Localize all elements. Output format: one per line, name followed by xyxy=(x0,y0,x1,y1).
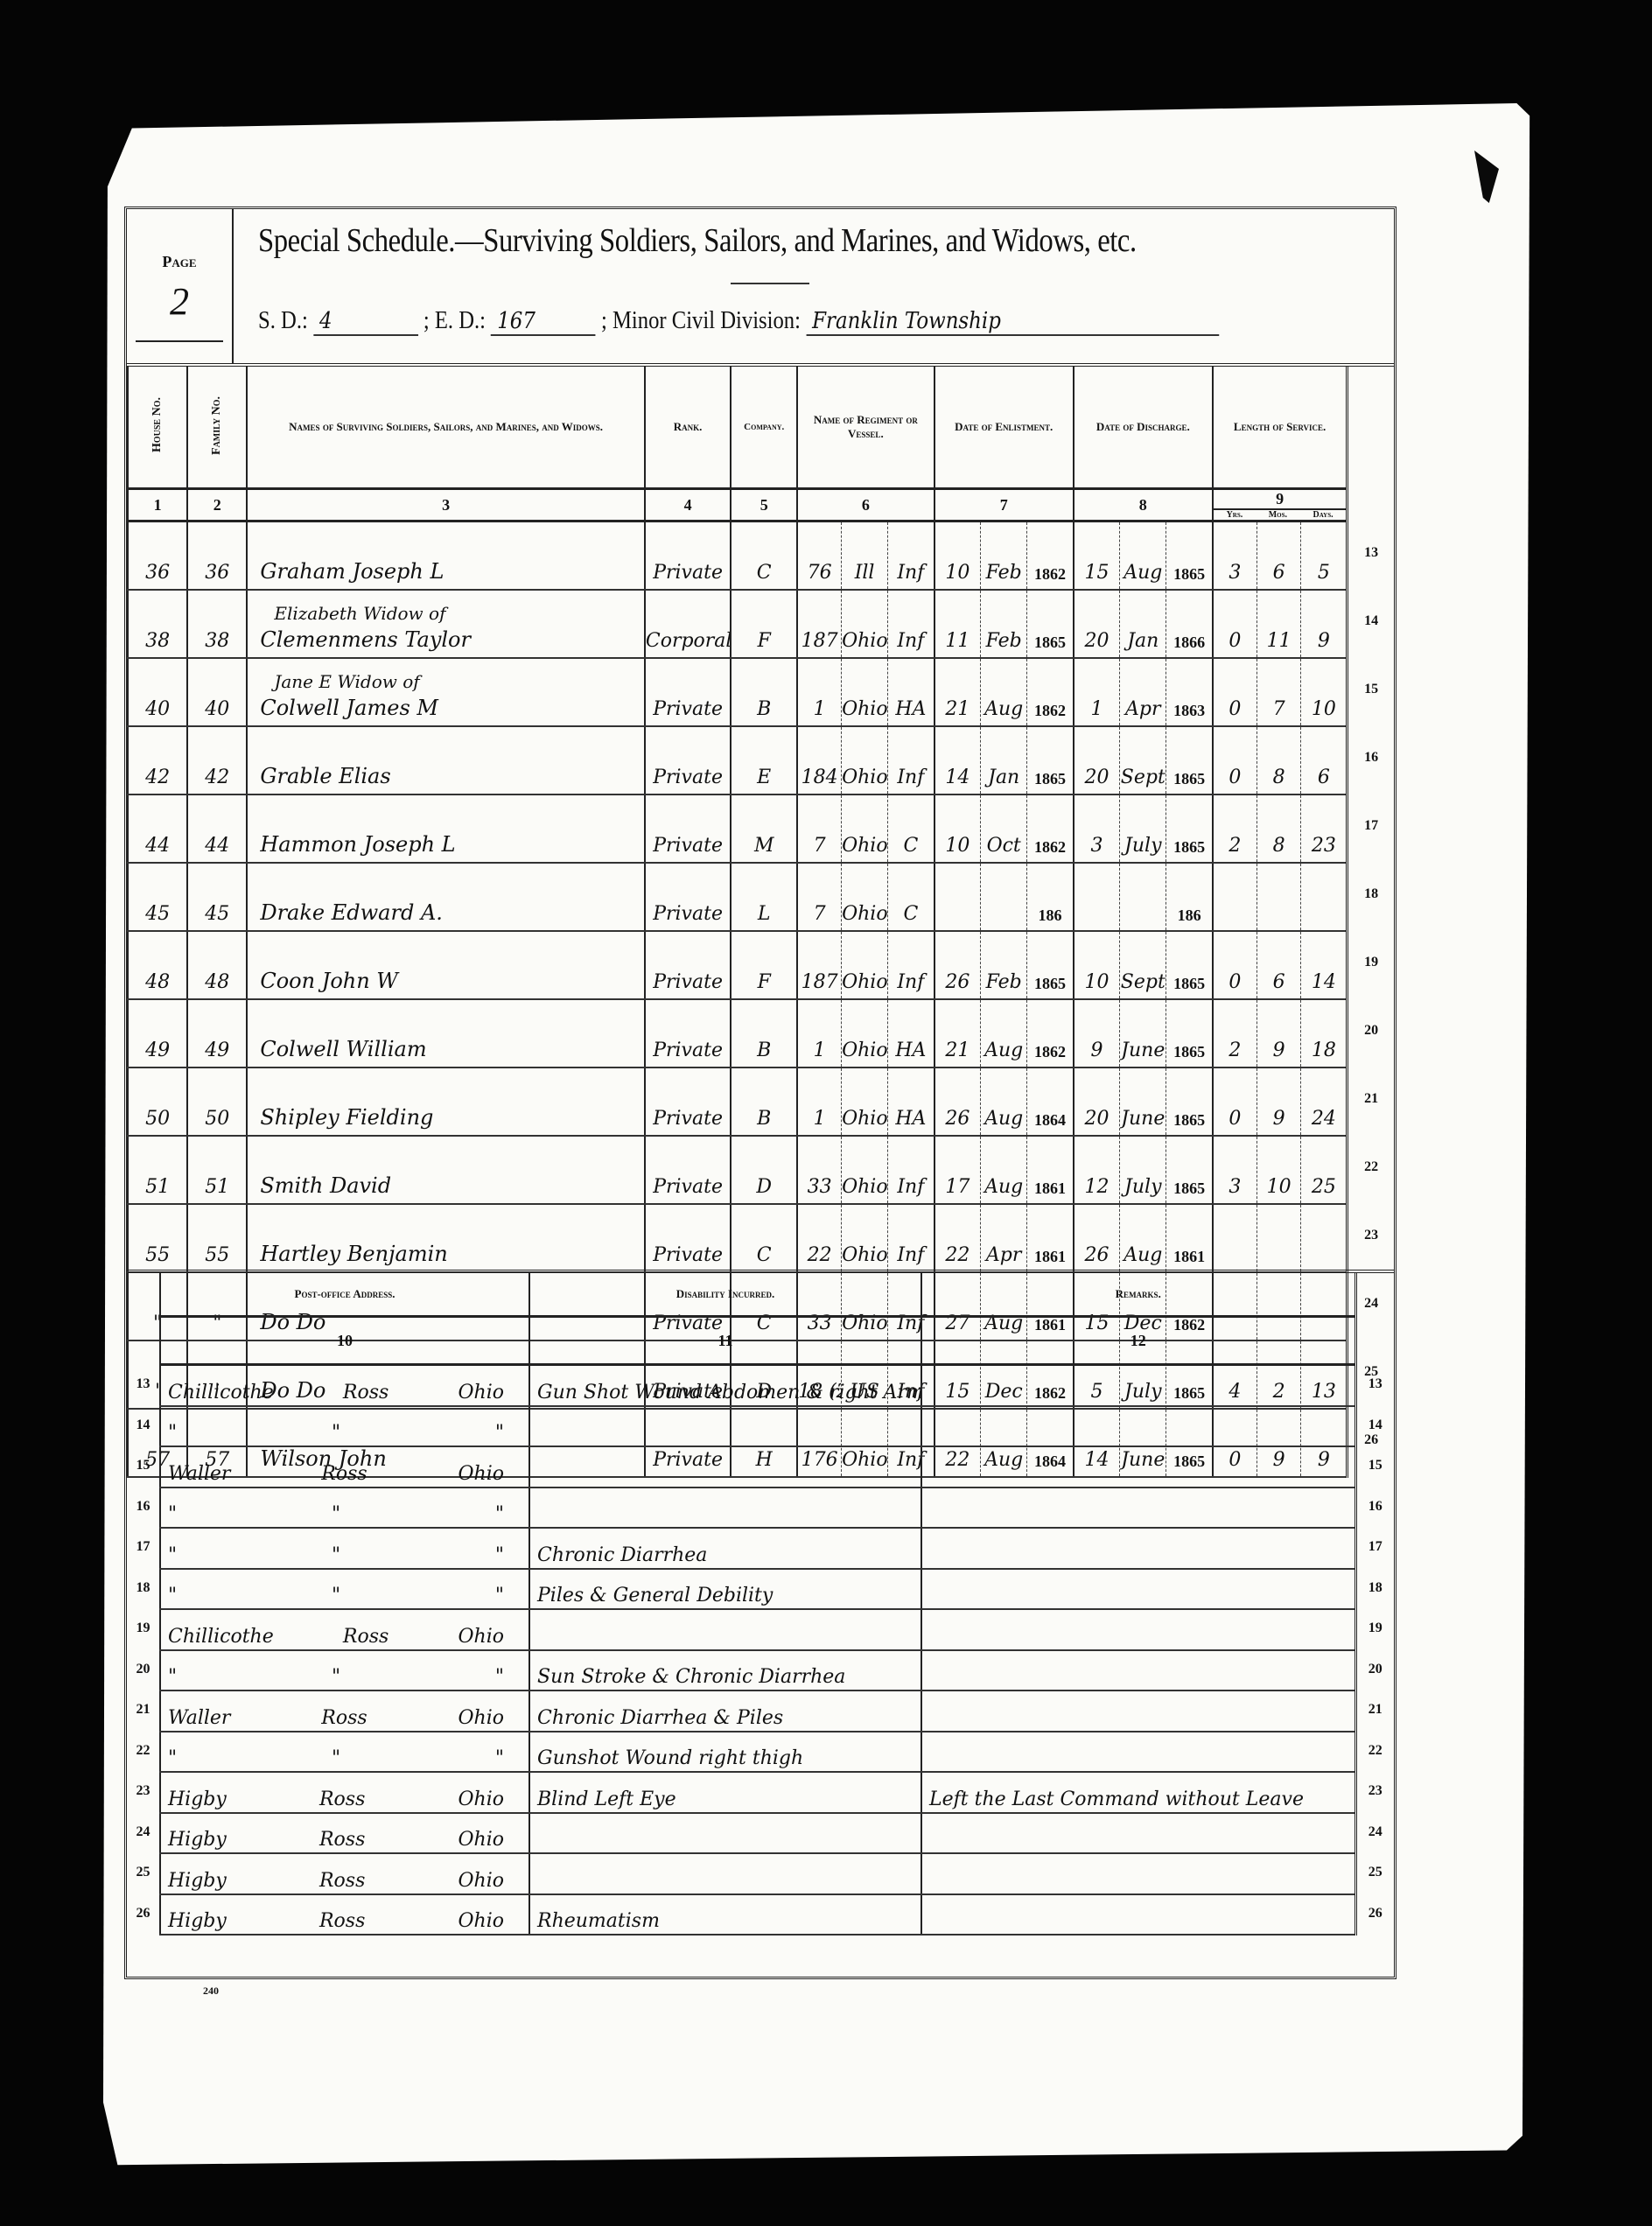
addr-county: Ross xyxy=(343,1626,388,1648)
district-line: S. D.: 4 ; E. D.: 167 ; Minor Civil Divi… xyxy=(258,307,1219,336)
header-enlistment: Date of Enlistment. xyxy=(934,367,1074,489)
table-header-row: House No. Family No. Names of Surviving … xyxy=(128,367,1394,489)
enlist-month: Oct xyxy=(981,794,1027,863)
line-number: 19 xyxy=(1355,1609,1394,1650)
discharge-year: 1865 xyxy=(1166,726,1213,794)
table-row: 4545Drake Edward A.PrivateL7OhioC1861861… xyxy=(128,863,1394,931)
table-row: 20"""Sun Stroke & Chronic Diarrhea20 xyxy=(127,1650,1394,1691)
addr-county: Ross xyxy=(343,1382,388,1403)
family-no: 40 xyxy=(187,658,247,726)
service-days xyxy=(1301,863,1347,931)
family-no: 45 xyxy=(187,863,247,931)
line-number: 25 xyxy=(1355,1853,1394,1894)
service-days: 5 xyxy=(1301,521,1347,591)
rank: Private xyxy=(645,999,731,1067)
enlist-year: 1865 xyxy=(1027,726,1074,794)
remarks xyxy=(921,1690,1355,1732)
family-no: 42 xyxy=(187,726,247,794)
line-number: 19 xyxy=(1347,931,1394,999)
rank: Private xyxy=(645,1067,731,1136)
col-num: 4 xyxy=(645,489,731,521)
line-number: 17 xyxy=(127,1528,160,1569)
post-office-address: ChillicotheRossOhio xyxy=(160,1609,529,1650)
regiment-arm: Inf xyxy=(888,1136,934,1204)
company: M xyxy=(731,794,797,863)
company: C xyxy=(731,1204,797,1272)
discharge-day: 15 xyxy=(1074,521,1120,591)
spacer xyxy=(127,1271,160,1317)
enlist-day: 21 xyxy=(934,658,981,726)
enlist-month: Feb xyxy=(981,931,1027,999)
discharge-day: 26 xyxy=(1074,1204,1120,1272)
line-number: 20 xyxy=(1355,1650,1394,1691)
service-months: 9 xyxy=(1256,999,1301,1067)
regiment-number: 76 xyxy=(797,521,842,591)
addr-state: Ohio xyxy=(458,1788,505,1810)
regiment-state: Ohio xyxy=(842,863,888,931)
regiment-state: Ohio xyxy=(842,794,888,863)
table-row: 13ChillicotheRossOhioGun Shot Wound Abdo… xyxy=(127,1365,1394,1406)
header-discharge: Date of Discharge. xyxy=(1074,367,1213,489)
regiment-arm: Inf xyxy=(888,521,934,591)
addr-county: Ross xyxy=(319,1829,365,1851)
line-number: 26 xyxy=(1355,1894,1394,1935)
enlist-year: 1864 xyxy=(1027,1067,1074,1136)
post-office-address: """ xyxy=(160,1487,529,1529)
house-no: 48 xyxy=(128,931,187,999)
post-office-address: HigbyRossOhio xyxy=(160,1813,529,1854)
remarks xyxy=(921,1365,1355,1406)
post-office-address: """ xyxy=(160,1732,529,1773)
line-number: 23 xyxy=(127,1772,160,1813)
addr-town: Higby xyxy=(168,1829,227,1851)
disability-incurred xyxy=(529,1406,921,1447)
service-days: 18 xyxy=(1301,999,1347,1067)
discharge-year: 1865 xyxy=(1166,999,1213,1067)
line-number: 16 xyxy=(1355,1487,1394,1529)
divider xyxy=(136,340,223,342)
rank: Private xyxy=(645,521,731,591)
regiment-arm: Inf xyxy=(888,1204,934,1272)
header-service: Length of Service. xyxy=(1213,367,1347,489)
sd-label: S. D.: xyxy=(258,307,308,334)
remarks xyxy=(921,1528,1355,1569)
addr-state: " xyxy=(495,1422,504,1444)
page-label: Page xyxy=(127,253,232,271)
discharge-year: 1865 xyxy=(1166,794,1213,863)
line-number: 15 xyxy=(127,1446,160,1487)
col-num: 10 xyxy=(160,1317,529,1365)
line-number: 18 xyxy=(1355,1569,1394,1610)
header-family-no: Family No. xyxy=(187,367,247,489)
enlist-month: Aug xyxy=(981,999,1027,1067)
service-years: 0 xyxy=(1213,590,1257,658)
enlist-year: 1861 xyxy=(1027,1204,1074,1272)
regiment-state: Ohio xyxy=(842,658,888,726)
addr-state: Ohio xyxy=(458,1870,505,1892)
addr-state: Ohio xyxy=(458,1626,504,1648)
column-number-row: 1 2 3 4 5 6 7 8 9 Yrs.Mos.Days. xyxy=(128,489,1394,521)
header-disability: Disability Incurred. xyxy=(529,1271,921,1317)
company: L xyxy=(731,863,797,931)
enlist-day: 10 xyxy=(934,521,981,591)
table-row: 25HigbyRossOhio25 xyxy=(127,1853,1394,1894)
page-number: 2 xyxy=(127,279,232,324)
line-number: 24 xyxy=(1355,1813,1394,1854)
family-no: 55 xyxy=(187,1204,247,1272)
addr-county: Ross xyxy=(321,1707,367,1729)
service-years: 0 xyxy=(1213,658,1257,726)
soldier-name: Graham Joseph L xyxy=(260,559,444,584)
regiment-arm: C xyxy=(888,794,934,863)
addr-county: " xyxy=(332,1585,340,1606)
schedule-header: Page 2 Special Schedule.—Surviving Soldi… xyxy=(127,209,1394,367)
house-no: 49 xyxy=(128,999,187,1067)
disability-incurred xyxy=(529,1609,921,1650)
rank: Private xyxy=(645,1204,731,1272)
soldier-name: Colwell William xyxy=(260,1037,426,1061)
discharge-month: Sept xyxy=(1120,931,1166,999)
post-office-address: """ xyxy=(160,1406,529,1447)
table-row: 18"""Piles & General Debility18 xyxy=(127,1569,1394,1610)
addr-town: " xyxy=(168,1422,177,1444)
col-num: 1 xyxy=(128,489,187,521)
disability-incurred: Piles & General Debility xyxy=(529,1569,921,1610)
company: B xyxy=(731,999,797,1067)
addr-town: " xyxy=(168,1503,177,1525)
address-disability-table: Post-office Address. Disability Incurred… xyxy=(127,1270,1394,1935)
line-number: 24 xyxy=(127,1813,160,1854)
rank: Private xyxy=(645,726,731,794)
line-number: 14 xyxy=(127,1406,160,1447)
soldier-name: Hartley Benjamin xyxy=(260,1242,447,1266)
table-row: 5050Shipley FieldingPrivateB1OhioHA26Aug… xyxy=(128,1067,1394,1136)
discharge-month xyxy=(1120,863,1166,931)
name: Elizabeth Widow ofClemenmens Taylor xyxy=(247,590,645,658)
disability-incurred: Chronic Diarrhea xyxy=(529,1528,921,1569)
header-regiment: Name of Regiment or Vessel. xyxy=(797,367,934,489)
line-number: 17 xyxy=(1347,794,1394,863)
service-days: 24 xyxy=(1301,1067,1347,1136)
enlist-month: Jan xyxy=(981,726,1027,794)
col-num: 6 xyxy=(797,489,934,521)
post-office-address: WallerRossOhio xyxy=(160,1446,529,1487)
addr-state: " xyxy=(495,1666,504,1688)
schedule-title: Special Schedule.—Surviving Soldiers, Sa… xyxy=(258,221,1137,260)
table-row: 4040Jane E Widow ofColwell James MPrivat… xyxy=(128,658,1394,726)
addr-town: Waller xyxy=(168,1707,230,1729)
regiment-number: 187 xyxy=(797,931,842,999)
post-office-address: ChillicotheRossOhio xyxy=(160,1365,529,1406)
table-row: 4242Grable EliasPrivateE184OhioInf14Jan1… xyxy=(128,726,1394,794)
disability-incurred xyxy=(529,1446,921,1487)
remarks xyxy=(921,1650,1355,1691)
divider xyxy=(731,283,809,284)
addr-county: " xyxy=(332,1747,340,1769)
table-row: 14"""14 xyxy=(127,1406,1394,1447)
addr-town: Chillicothe xyxy=(168,1382,274,1403)
line-number: 23 xyxy=(1347,1204,1394,1272)
discharge-month: Apr xyxy=(1120,658,1166,726)
page-box: Page 2 xyxy=(127,209,234,363)
col-num-service: 9 Yrs.Mos.Days. xyxy=(1213,489,1347,521)
discharge-day: 10 xyxy=(1074,931,1120,999)
addr-state: Ohio xyxy=(458,1910,505,1932)
house-no: 55 xyxy=(128,1204,187,1272)
discharge-year: 1866 xyxy=(1166,590,1213,658)
service-years xyxy=(1213,863,1257,931)
addr-county: " xyxy=(332,1666,340,1688)
family-no: 36 xyxy=(187,521,247,591)
service-years: 3 xyxy=(1213,521,1257,591)
enlist-month: Aug xyxy=(981,658,1027,726)
soldier-name: Colwell James M xyxy=(260,696,438,720)
enlist-year: 186 xyxy=(1027,863,1074,931)
disability-incurred: Gunshot Wound right thigh xyxy=(529,1732,921,1773)
remarks xyxy=(921,1813,1355,1854)
addr-town: Higby xyxy=(168,1870,227,1892)
remarks xyxy=(921,1609,1355,1650)
disability-incurred: Gun Shot Wound Abdomen & right Arm xyxy=(529,1365,921,1406)
disability-incurred xyxy=(529,1853,921,1894)
regiment-state: Ohio xyxy=(842,1067,888,1136)
discharge-month: Aug xyxy=(1120,1204,1166,1272)
discharge-month: July xyxy=(1120,794,1166,863)
post-office-address: HigbyRossOhio xyxy=(160,1772,529,1813)
spacer xyxy=(1347,489,1394,521)
addr-state: " xyxy=(495,1585,504,1606)
post-office-address: HigbyRossOhio xyxy=(160,1853,529,1894)
line-number: 14 xyxy=(1355,1406,1394,1447)
rank: Corporal xyxy=(645,590,731,658)
regiment-arm: HA xyxy=(888,1067,934,1136)
table-row: 5555Hartley BenjaminPrivateC22OhioInf22A… xyxy=(128,1204,1394,1272)
line-number: 18 xyxy=(127,1569,160,1610)
header-address: Post-office Address. xyxy=(160,1271,529,1317)
enlist-month: Feb xyxy=(981,590,1027,658)
enlist-year: 1862 xyxy=(1027,999,1074,1067)
service-months xyxy=(1256,1204,1301,1272)
service-years: 2 xyxy=(1213,999,1257,1067)
regiment-number: 187 xyxy=(797,590,842,658)
name: Shipley Fielding xyxy=(247,1067,645,1136)
discharge-month: July xyxy=(1120,1136,1166,1204)
enlist-month: Feb xyxy=(981,521,1027,591)
name: Hammon Joseph L xyxy=(247,794,645,863)
discharge-year: 1865 xyxy=(1166,1136,1213,1204)
col-num: 11 xyxy=(529,1317,921,1365)
house-no: 40 xyxy=(128,658,187,726)
disability-incurred xyxy=(529,1813,921,1854)
table-row: 4444Hammon Joseph LPrivateM7OhioC10Oct18… xyxy=(128,794,1394,863)
mcd-value: Franklin Township xyxy=(806,308,1219,336)
regiment-arm: C xyxy=(888,863,934,931)
name: Hartley Benjamin xyxy=(247,1204,645,1272)
col-num: 8 xyxy=(1074,489,1213,521)
discharge-day: 12 xyxy=(1074,1136,1120,1204)
house-no: 42 xyxy=(128,726,187,794)
addr-state: " xyxy=(495,1503,504,1525)
family-no: 44 xyxy=(187,794,247,863)
enlist-day: 26 xyxy=(934,1067,981,1136)
table-row: 15WallerRossOhio15 xyxy=(127,1446,1394,1487)
line-number: 25 xyxy=(127,1853,160,1894)
name: Smith David xyxy=(247,1136,645,1204)
col-num: 5 xyxy=(731,489,797,521)
discharge-day xyxy=(1074,863,1120,931)
line-number: 13 xyxy=(1347,521,1394,591)
enlist-day: 11 xyxy=(934,590,981,658)
company: F xyxy=(731,590,797,658)
table-row: 3636Graham Joseph LPrivateC76IllInf10Feb… xyxy=(128,521,1394,591)
enlist-year: 1865 xyxy=(1027,931,1074,999)
service-days: 10 xyxy=(1301,658,1347,726)
remarks xyxy=(921,1894,1355,1935)
line-number: 13 xyxy=(1355,1365,1394,1406)
addr-town: " xyxy=(168,1747,177,1769)
rank: Private xyxy=(645,658,731,726)
discharge-month: Jan xyxy=(1120,590,1166,658)
remarks: Left the Last Command without Leave xyxy=(921,1772,1355,1813)
rank: Private xyxy=(645,863,731,931)
enlist-day: 22 xyxy=(934,1204,981,1272)
table-row: 19ChillicotheRossOhio19 xyxy=(127,1609,1394,1650)
discharge-month: June xyxy=(1120,1067,1166,1136)
footer-mark: 240 xyxy=(203,1984,219,1998)
family-no: 48 xyxy=(187,931,247,999)
addr-town: Higby xyxy=(168,1910,227,1932)
addr-town: " xyxy=(168,1666,177,1688)
addr-county: " xyxy=(332,1503,340,1525)
addr-town: Higby xyxy=(168,1788,227,1810)
enlist-day: 17 xyxy=(934,1136,981,1204)
addr-county: Ross xyxy=(321,1463,367,1485)
disability-incurred: Rheumatism xyxy=(529,1894,921,1935)
service-months: 6 xyxy=(1256,931,1301,999)
discharge-year: 1865 xyxy=(1166,1067,1213,1136)
addr-state: Ohio xyxy=(458,1382,504,1403)
enlist-year: 1862 xyxy=(1027,794,1074,863)
regiment-number: 22 xyxy=(797,1204,842,1272)
discharge-year: 186 xyxy=(1166,863,1213,931)
addr-state: Ohio xyxy=(458,1829,505,1851)
addr-county: " xyxy=(332,1422,340,1444)
remarks xyxy=(921,1446,1355,1487)
line-number: 22 xyxy=(1355,1732,1394,1773)
col-num: 7 xyxy=(934,489,1074,521)
regiment-state: Ill xyxy=(842,521,888,591)
regiment-arm: Inf xyxy=(888,726,934,794)
widow-line: Elizabeth Widow of xyxy=(260,603,644,624)
service-years: 2 xyxy=(1213,794,1257,863)
line-number: 16 xyxy=(127,1487,160,1529)
name: Coon John W xyxy=(247,931,645,999)
addr-county: Ross xyxy=(319,1870,365,1892)
disability-incurred: Chronic Diarrhea & Piles xyxy=(529,1690,921,1732)
soldier-name: Hammon Joseph L xyxy=(260,832,455,857)
family-no: 49 xyxy=(187,999,247,1067)
addr-state: Ohio xyxy=(458,1707,504,1729)
header-rank: Rank. xyxy=(645,367,731,489)
disability-incurred: Sun Stroke & Chronic Diarrhea xyxy=(529,1650,921,1691)
sd-value: 4 xyxy=(313,308,418,336)
service-months: 8 xyxy=(1256,794,1301,863)
enlist-day xyxy=(934,863,981,931)
line-number: 16 xyxy=(1347,726,1394,794)
name: Colwell William xyxy=(247,999,645,1067)
header-remarks: Remarks. xyxy=(921,1271,1355,1317)
enlist-day: 26 xyxy=(934,931,981,999)
post-office-address: WallerRossOhio xyxy=(160,1690,529,1732)
name: Grable Elias xyxy=(247,726,645,794)
regiment-state: Ohio xyxy=(842,726,888,794)
table-row: 5151Smith DavidPrivateD33OhioInf17Aug186… xyxy=(128,1136,1394,1204)
line-number: 15 xyxy=(1355,1446,1394,1487)
remarks xyxy=(921,1732,1355,1773)
header-house-no: House No. xyxy=(128,367,187,489)
line-number: 19 xyxy=(127,1609,160,1650)
lower-header-row: Post-office Address. Disability Incurred… xyxy=(127,1271,1394,1317)
table-row: 24HigbyRossOhio24 xyxy=(127,1813,1394,1854)
name: Jane E Widow ofColwell James M xyxy=(247,658,645,726)
discharge-day: 20 xyxy=(1074,1067,1120,1136)
header-company: Company. xyxy=(731,367,797,489)
soldier-name: Grable Elias xyxy=(260,764,390,788)
remarks xyxy=(921,1406,1355,1447)
discharge-year: 1865 xyxy=(1166,521,1213,591)
house-no: 50 xyxy=(128,1067,187,1136)
regiment-number: 1 xyxy=(797,1067,842,1136)
remarks xyxy=(921,1569,1355,1610)
service-years: 0 xyxy=(1213,931,1257,999)
addr-town: Waller xyxy=(168,1463,230,1485)
house-no: 38 xyxy=(128,590,187,658)
ed-value: 167 xyxy=(491,308,596,336)
disability-incurred: Blind Left Eye xyxy=(529,1772,921,1813)
regiment-number: 184 xyxy=(797,726,842,794)
house-no: 44 xyxy=(128,794,187,863)
service-months: 7 xyxy=(1256,658,1301,726)
family-no: 51 xyxy=(187,1136,247,1204)
enlist-year: 1862 xyxy=(1027,658,1074,726)
service-months: 8 xyxy=(1256,726,1301,794)
service-days: 14 xyxy=(1301,931,1347,999)
rank: Private xyxy=(645,794,731,863)
regiment-state: Ohio xyxy=(842,590,888,658)
lower-column-number-row: 10 11 12 xyxy=(127,1317,1394,1365)
mcd-label: ; Minor Civil Division: xyxy=(601,307,801,334)
soldier-name: Coon John W xyxy=(260,969,398,993)
addr-state: Ohio xyxy=(458,1463,504,1485)
house-no: 45 xyxy=(128,863,187,931)
addr-state: " xyxy=(495,1544,504,1566)
spacer xyxy=(1347,367,1394,489)
table-row: 17"""Chronic Diarrhea17 xyxy=(127,1528,1394,1569)
special-schedule-form: Page 2 Special Schedule.—Surviving Soldi… xyxy=(124,206,1396,1979)
col-num: 12 xyxy=(921,1317,1355,1365)
regiment-number: 1 xyxy=(797,999,842,1067)
line-number: 13 xyxy=(127,1365,160,1406)
service-years: 3 xyxy=(1213,1136,1257,1204)
name: Graham Joseph L xyxy=(247,521,645,591)
house-no: 36 xyxy=(128,521,187,591)
service-days: 6 xyxy=(1301,726,1347,794)
company: B xyxy=(731,1067,797,1136)
regiment-number: 33 xyxy=(797,1136,842,1204)
table-row: 16"""16 xyxy=(127,1487,1394,1529)
col-num: 3 xyxy=(247,489,645,521)
widow-line: Jane E Widow of xyxy=(260,671,644,692)
